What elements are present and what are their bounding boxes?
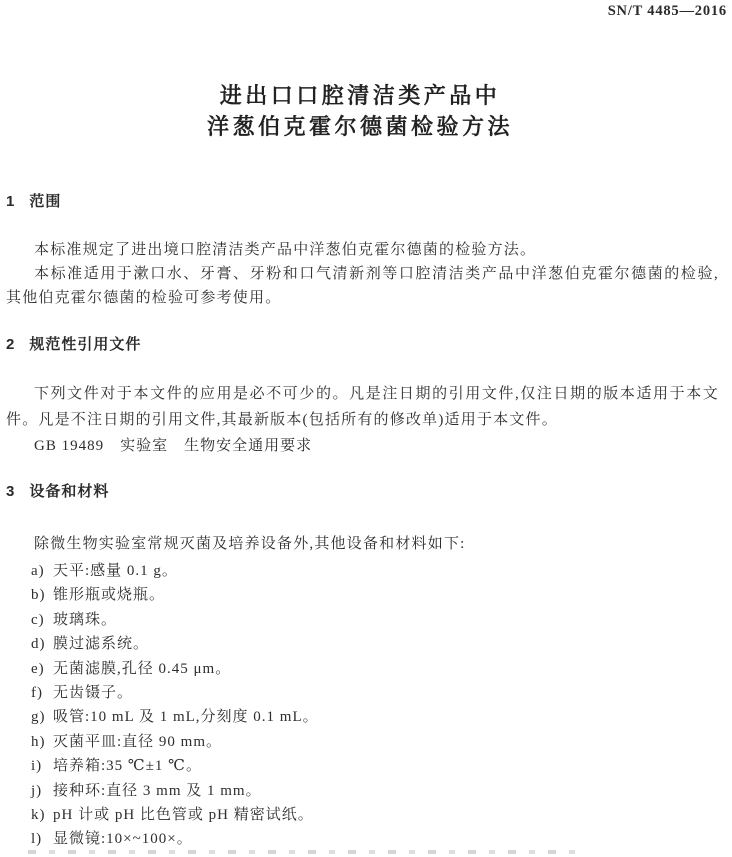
list-item-label: b) — [31, 583, 53, 607]
list-item: e)无菌滤膜,孔径 0.45 μm。 — [6, 657, 719, 681]
section-2-paragraph-1: 下列文件对于本文件的应用是必不可少的。凡是注日期的引用文件,仅注日期的版本适用于… — [6, 381, 719, 433]
list-item: j)接种环:直径 3 mm 及 1 mm。 — [6, 779, 719, 803]
section-1-number: 1 — [6, 192, 15, 212]
list-item-text: 锥形瓶或烧瓶。 — [53, 587, 165, 603]
section-1-title: 范围 — [29, 193, 61, 210]
list-item: d)膜过滤系统。 — [6, 632, 719, 656]
list-item-label: l) — [31, 827, 53, 851]
standard-number: SN/T 4485—2016 — [608, 2, 727, 20]
section-2-title: 规范性引用文件 — [29, 336, 141, 353]
list-item-text: 无齿镊子。 — [53, 685, 133, 701]
list-item-label: a) — [31, 559, 53, 583]
section-1-body: 本标准规定了进出境口腔清洁类产品中洋葱伯克霍尔德菌的检验方法。 本标准适用于漱口… — [6, 238, 719, 310]
list-item: a)天平:感量 0.1 g。 — [6, 559, 719, 583]
section-2-heading: 2规范性引用文件 — [6, 335, 141, 355]
list-item-label: d) — [31, 632, 53, 656]
list-item-text: 灭菌平皿:直径 90 mm。 — [53, 734, 222, 750]
document-title-line1: 进出口口腔清洁类产品中 — [0, 80, 720, 111]
truncated-next-line-fragment — [28, 850, 588, 854]
list-item-text: 接种环:直径 3 mm 及 1 mm。 — [53, 783, 262, 799]
list-item-label: g) — [31, 705, 53, 729]
document-page: SN/T 4485—2016 进出口口腔清洁类产品中 洋葱伯克霍尔德菌检验方法 … — [0, 0, 732, 857]
list-item-text: 膜过滤系统。 — [53, 636, 149, 652]
section-3-intro-text: 除微生物实验室常规灭菌及培养设备外,其他设备和材料如下: — [6, 532, 719, 556]
section-3-number: 3 — [6, 482, 15, 502]
section-3-title: 设备和材料 — [29, 483, 109, 500]
list-item-label: f) — [31, 681, 53, 705]
list-item-text: 吸管:10 mL 及 1 mL,分刻度 0.1 mL。 — [53, 709, 319, 725]
list-item-label: k) — [31, 803, 53, 827]
list-item: b)锥形瓶或烧瓶。 — [6, 583, 719, 607]
section-3-intro: 除微生物实验室常规灭菌及培养设备外,其他设备和材料如下: — [6, 532, 719, 556]
section-2-body: 下列文件对于本文件的应用是必不可少的。凡是注日期的引用文件,仅注日期的版本适用于… — [6, 381, 719, 459]
list-item: f)无齿镊子。 — [6, 681, 719, 705]
list-item: c)玻璃珠。 — [6, 608, 719, 632]
section-1-heading: 1范围 — [6, 192, 61, 212]
list-item-text: 天平:感量 0.1 g。 — [53, 563, 178, 579]
list-item-label: j) — [31, 779, 53, 803]
list-item-text: 无菌滤膜,孔径 0.45 μm。 — [53, 661, 231, 677]
normative-reference: GB 19489 实验室 生物安全通用要求 — [6, 433, 719, 459]
list-item-text: 显微镜:10×~100×。 — [53, 831, 193, 847]
list-item: g)吸管:10 mL 及 1 mL,分刻度 0.1 mL。 — [6, 705, 719, 729]
section-2-number: 2 — [6, 335, 15, 355]
section-1-paragraph-1: 本标准规定了进出境口腔清洁类产品中洋葱伯克霍尔德菌的检验方法。 — [6, 238, 719, 262]
equipment-list: a)天平:感量 0.1 g。 b)锥形瓶或烧瓶。 c)玻璃珠。 d)膜过滤系统。… — [6, 559, 719, 852]
document-title-line2: 洋葱伯克霍尔德菌检验方法 — [0, 111, 720, 142]
list-item-text: pH 计或 pH 比色管或 pH 精密试纸。 — [53, 807, 314, 823]
list-item-label: c) — [31, 608, 53, 632]
section-1-paragraph-2: 本标准适用于漱口水、牙膏、牙粉和口气清新剂等口腔清洁类产品中洋葱伯克霍尔德菌的检… — [6, 262, 719, 310]
list-item-label: i) — [31, 754, 53, 778]
list-item: h)灭菌平皿:直径 90 mm。 — [6, 730, 719, 754]
list-item: l)显微镜:10×~100×。 — [6, 827, 719, 851]
list-item-label: e) — [31, 657, 53, 681]
list-item-label: h) — [31, 730, 53, 754]
document-title: 进出口口腔清洁类产品中 洋葱伯克霍尔德菌检验方法 — [0, 80, 720, 142]
list-item: k)pH 计或 pH 比色管或 pH 精密试纸。 — [6, 803, 719, 827]
section-3-heading: 3设备和材料 — [6, 482, 109, 502]
list-item-text: 培养箱:35 ℃±1 ℃。 — [53, 758, 202, 774]
list-item-text: 玻璃珠。 — [53, 612, 117, 628]
list-item: i)培养箱:35 ℃±1 ℃。 — [6, 754, 719, 778]
